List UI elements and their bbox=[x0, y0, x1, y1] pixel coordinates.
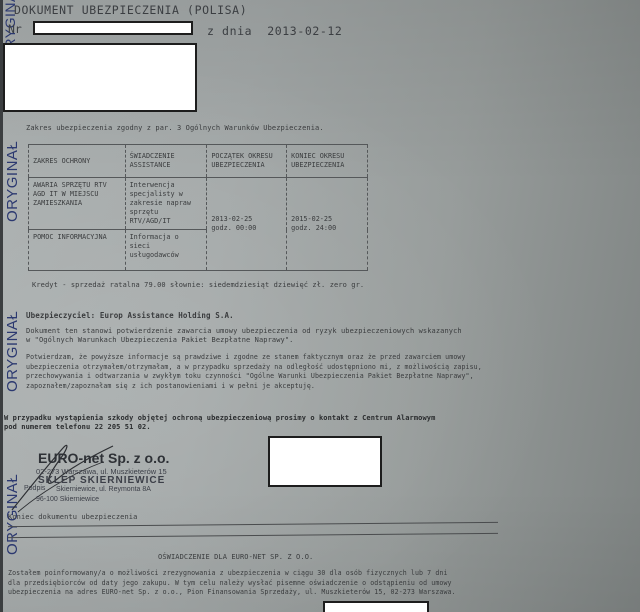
stamp-shop: SKLEP SKIERNIEWICE bbox=[38, 475, 165, 486]
declaration-paragraph: Potwierdzam, że powyższe informacje są p… bbox=[26, 353, 482, 391]
period-end-date: 2015-02-25 bbox=[291, 215, 363, 224]
row1-assistance: Interwencja specjalisty w zakresie napra… bbox=[125, 178, 207, 230]
period-start-cell: 2013-02-25 godz. 00:00 bbox=[207, 178, 287, 271]
statement-paragraph: Zostałem poinformowany/a o możliwości zr… bbox=[8, 569, 456, 598]
issue-date-label: z dnia bbox=[207, 24, 252, 38]
issue-date-value: 2013-02-12 bbox=[267, 24, 342, 38]
policy-number-label: Nr bbox=[8, 22, 22, 36]
statement-line: ubezpieczenia na adres EURO-net Sp. z o.… bbox=[8, 588, 456, 598]
stamp-signature-label: Podpis bbox=[24, 485, 45, 492]
period-end-time: godz. 24:00 bbox=[291, 224, 363, 233]
row1-scope: AWARIA SPRZĘTU RTV AGD IT W MIEJSCU ZAMI… bbox=[29, 178, 126, 230]
stamp-postal: 96-100 Skierniewice bbox=[36, 496, 99, 503]
confirmation-paragraph: Dokument ten stanowi potwierdzenie zawar… bbox=[26, 327, 462, 345]
contact-line: pod numerem telefonu 22 205 51 02. bbox=[4, 423, 435, 432]
header-end: KONIEC OKRESU UBEZPIECZENIA bbox=[287, 145, 368, 178]
row2-assistance: Informacja o sieci usługodawców bbox=[125, 230, 207, 271]
header-start: POCZĄTEK OKRESU UBEZPIECZENIA bbox=[207, 145, 287, 178]
declaration-line: przechowywania i odtwarzania w zwykłym t… bbox=[26, 372, 482, 382]
watermark-oryginal-2: ORYGINAŁ bbox=[4, 141, 21, 222]
watermark-oryginal-3: ORYGINAŁ bbox=[4, 311, 21, 392]
document-title: DOKUMENT UBEZPIECZENIA (POLISA) bbox=[14, 3, 247, 17]
coverage-table: ZAKRES OCHRONY ŚWIADCZENIE ASSISTANCE PO… bbox=[28, 144, 368, 271]
statement-title: OŚWIADCZENIE DLA EURO-NET SP. Z O.O. bbox=[158, 553, 313, 561]
redacted-policy-number bbox=[33, 21, 193, 35]
end-of-document: Koniec dokumentu ubezpieczenia bbox=[8, 513, 137, 521]
table-row: AWARIA SPRZĘTU RTV AGD IT W MIEJSCU ZAMI… bbox=[29, 178, 368, 230]
period-start-date: 2013-02-25 bbox=[211, 215, 282, 224]
redacted-statement-signature bbox=[323, 601, 429, 612]
coverage-table-header: ZAKRES OCHRONY ŚWIADCZENIE ASSISTANCE PO… bbox=[29, 145, 368, 178]
period-start-time: godz. 00:00 bbox=[211, 224, 282, 233]
scope-line: Zakres ubezpieczenia zgodny z par. 3 Ogó… bbox=[26, 124, 324, 132]
header-assistance: ŚWIADCZENIE ASSISTANCE bbox=[125, 145, 207, 178]
contact-paragraph: W przypadku wystąpienia szkody objętej o… bbox=[4, 414, 435, 432]
declaration-line: zapoznałem/zapoznałam się z ich postanow… bbox=[26, 382, 482, 392]
stamp-company: EURO-net Sp. z o.o. bbox=[38, 450, 169, 466]
declaration-line: Potwierdzam, że powyższe informacje są p… bbox=[26, 353, 482, 363]
stamp-location: Skierniewice, ul. Reymonta 8A bbox=[56, 486, 151, 493]
confirmation-line: w "Ogólnych Warunkach Ubezpieczenia Paki… bbox=[26, 336, 462, 345]
divider-2 bbox=[8, 533, 498, 538]
credit-line: Kredyt - sprzedaż ratalna 79.00 słownie:… bbox=[32, 281, 364, 289]
confirmation-line: Dokument ten stanowi potwierdzenie zawar… bbox=[26, 327, 462, 336]
contact-line: W przypadku wystąpienia szkody objętej o… bbox=[4, 414, 435, 423]
issue-date: z dnia 2013-02-12 bbox=[207, 24, 342, 38]
statement-line: Zostałem poinformowany/a o możliwości zr… bbox=[8, 569, 456, 579]
row2-scope: POMOC INFORMACYJNA bbox=[29, 230, 126, 271]
redacted-stamp-signature bbox=[268, 436, 382, 487]
period-end-cell: 2015-02-25 godz. 24:00 bbox=[287, 178, 368, 271]
header-scope: ZAKRES OCHRONY bbox=[29, 145, 126, 178]
divider-1 bbox=[8, 522, 498, 527]
redacted-customer-address bbox=[3, 43, 197, 112]
insurer-label: Ubezpieczyciel: Europ Assistance Holding… bbox=[26, 311, 234, 320]
statement-line: dla przedsiębiorców od daty jego zakupu.… bbox=[8, 579, 456, 589]
declaration-line: ubezpieczenia otrzymałem/otrzymałam, a w… bbox=[26, 363, 482, 373]
